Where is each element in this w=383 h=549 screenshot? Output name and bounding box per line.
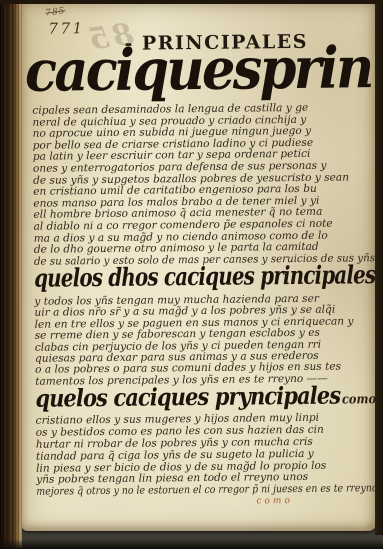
manuscript-line: mejores q̃ otros y no le estoruen el co … [36, 484, 338, 499]
page-title: caciquesprin [25, 39, 347, 99]
paragraph-2: y todos los yñs tengan muy mucha haziend… [34, 293, 376, 388]
page-content: 85 785 771 - PRINCIPALES caciquesprin ci… [19, 1, 380, 533]
folio-number-crossed: 785 [45, 6, 66, 19]
paragraph-1: cipales sean desaminados la lengua de ca… [32, 102, 375, 268]
book-binding [0, 0, 22, 549]
catchword: como [256, 496, 293, 506]
page-right-edge [375, 0, 383, 535]
subheading-2-suffix: como [342, 392, 376, 407]
paragraph-3: cristiano ellos y sus mugeres y hijos an… [36, 412, 378, 499]
manuscript-photo: 85 785 771 - PRINCIPALES caciquesprin ci… [0, 0, 383, 549]
manuscript-page: 85 785 771 - PRINCIPALES caciquesprin ci… [22, 3, 377, 531]
subheading-1: quelos dhos caciques principales [34, 263, 305, 291]
subheading-2-main: quelos caciques pryncipales [35, 381, 340, 413]
subheading-2: quelos caciques pryncipalescomo [35, 384, 333, 411]
